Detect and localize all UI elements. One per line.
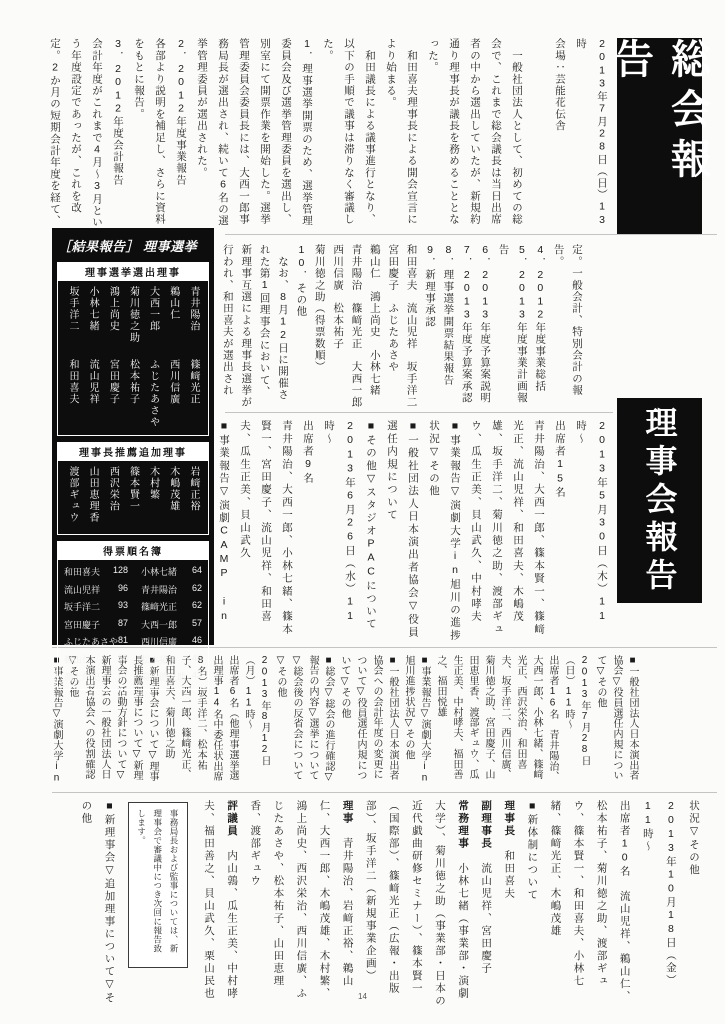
vote-name: 流山児祥: [64, 583, 100, 596]
member-name: 鴻上尚史: [105, 286, 120, 332]
vote-name: ふじたあさや: [64, 635, 118, 648]
vote-row: 松本祐子46: [138, 653, 205, 666]
vote-count-table-title: 得票順名簿: [58, 542, 208, 560]
vote-row: 小林七緒64: [138, 565, 205, 578]
vote-name: 松本祐子: [141, 653, 177, 666]
section-divider: [52, 792, 717, 793]
text-line: 菊川徳之助（得票数順）: [310, 244, 328, 408]
text-line: 出席者9名: [297, 420, 318, 642]
text-line: ■新体制について: [520, 800, 543, 1012]
member-name: 鵜山仁: [166, 286, 181, 321]
vote-count: 46: [192, 635, 202, 648]
general-meeting-report-title: 総会報告: [603, 38, 717, 234]
text-line: 和田喜夫 流山児祥 坂手洋二: [402, 244, 420, 408]
text-line: 出席者15名: [549, 420, 570, 642]
text-line: 5．2013年度事業計画報告: [494, 244, 531, 408]
text-line: 青井陽治、大西一郎、小林七緒、篠本賢一、宮田慶子、流山児祥、和田喜夫、瓜生正美、…: [234, 420, 297, 642]
text-line: 6．2013年度予算案説明: [476, 244, 494, 408]
vote-count-column-left: 和田喜夫128流山児祥96坂手洋二93宮田慶子87ふじたあさや81鵜山仁68鴻上…: [61, 565, 131, 688]
text-line: 出席者16名 青井陽治、大西一郎、小林七緒、篠﨑光正、西沢栄治、和田喜夫、坂手洋…: [432, 655, 560, 787]
labeled-text-line: 常務理事 小林七緒（事業部・演劇大学）、菊川徳之助（事業部・日本の近代戯曲研修セ…: [359, 800, 474, 1012]
text-line: 2．2012年度事業報告: [170, 38, 191, 234]
role-label: 理事: [342, 800, 354, 825]
elected-directors-row-1: 青井陽治鵜山仁大西一郎菊川徳之助鴻上尚史小林七緒坂手洋二: [58, 281, 208, 354]
elected-directors-table-title: 理事選挙選出理事: [58, 263, 208, 281]
text-line: 8．理事選挙開票結果報告: [439, 244, 457, 408]
member-name: 西沢栄治: [105, 466, 120, 512]
role-label: 理事長: [503, 800, 515, 838]
text-line: ■一般社団法人日本演出者協会への会計年度の変更について▽役員選任内規について▽そ…: [336, 655, 400, 787]
role-label: 常務理事: [457, 800, 469, 850]
general-meeting-agenda-band: 定。一般会計、特別会計の報告。4．2012年度事業総括5．2013年度事業計画報…: [218, 244, 586, 408]
text-line: 4．2012年度事業総括: [531, 244, 549, 408]
text-line: 7．2013年度予算案承認: [457, 244, 475, 408]
text-line: 2013年7月28日（日）11時〜: [560, 655, 592, 787]
text-line: 西川信廣 松本祐子: [329, 244, 347, 408]
member-name: 小林七緒: [85, 286, 100, 332]
meeting-venue: 会場：芸能花伝舎: [549, 38, 570, 234]
member-name: 大西一郎: [146, 286, 161, 332]
vote-count: 128: [113, 565, 128, 578]
vote-row: 菊川徳之助42: [138, 670, 205, 683]
member-name: 宮田慶子: [105, 359, 120, 405]
vote-row: 和田喜夫128: [61, 565, 131, 578]
text-line: ■一般社団法人日本演出者協会▽役員選任内規について: [381, 420, 423, 642]
vote-count: 68: [118, 653, 128, 666]
vote-row: 鵜山仁68: [61, 653, 131, 666]
text-line: ■事業報告▽演劇大学in旭川進捗状況▽その他: [400, 655, 432, 787]
vote-name: 和田喜夫: [64, 565, 100, 578]
section-divider: [225, 234, 717, 235]
board-meeting-report-title: 理事会報告: [637, 406, 683, 596]
member-name: ふじたあさや: [146, 359, 161, 428]
text-line: 定。一般会計、特別会計の報告。: [549, 244, 586, 408]
vote-count: 57: [192, 618, 202, 631]
election-results-box: ［結果報告］ 理事選挙 理事選挙選出理事 青井陽治鵜山仁大西一郎菊川徳之助鴻上尚…: [52, 228, 214, 645]
vote-row: 篠﨑光正62: [138, 600, 205, 613]
appointed-directors-table-title: 理事長推薦追加理事: [58, 443, 208, 461]
board-meetings-band-3: 状況▽その他2013年10月18日（金）11時〜出席者10名 流山児祥、鵜山仁、…: [50, 800, 705, 1012]
vote-name: 菊川徳之助: [141, 670, 186, 683]
appointed-directors-row: 岩﨑正裕木嶋茂雄木村繁篠本賢一西沢栄治山田恵理香渡部ギュウ: [58, 461, 208, 534]
page-number: 14: [0, 992, 725, 1001]
text-line: 青井陽治 篠﨑光正 大西一郎: [347, 244, 365, 408]
text-line: 宮田慶子 ふじたあさや: [384, 244, 402, 408]
member-name: 西川信廣: [166, 359, 181, 405]
vote-count: 87: [118, 618, 128, 631]
elected-directors-row-2: 篠﨑光正西川信廣ふじたあさや松本祐子宮田慶子流山児祥和田喜夫: [58, 354, 208, 435]
role-label: 副理事長: [480, 800, 492, 850]
text-line: 一般社団法人として、初めての総会で、これまで総会議長は当日出席者の中から選出して…: [422, 38, 527, 234]
note-box: 事務局長および監事については、新理事会で審議中につき次回に報告致します。: [128, 802, 188, 968]
text-line: 10．その他: [292, 244, 310, 408]
text-line: 2013年6月26日（水）11時〜: [318, 420, 360, 642]
vote-name: 坂手洋二: [64, 600, 100, 613]
member-name: 木村繁: [146, 466, 161, 501]
text-line: 状況▽その他: [682, 800, 705, 1012]
text-line: ■新理事会▽追加理事について▽その他: [74, 800, 120, 1012]
text-line: ■その他▽スタジオPACについて: [360, 420, 381, 642]
vote-count: 64: [192, 565, 202, 578]
vote-row: 西川信廣46: [138, 635, 205, 648]
meeting-datetime: 2013年7月28日（日）13時: [570, 38, 612, 234]
labeled-text-line: 評議員 内山鶉、瓜生正美、中村哮夫、福田善之、貝山武久、栗山民也: [197, 800, 243, 1012]
text-line: 出席者10名 流山児祥、鵜山仁、松本祐子、菊川徳之助、渡部ギュウ、篠本賢一、和田…: [543, 800, 635, 1012]
elected-directors-table: 理事選挙選出理事 青井陽治鵜山仁大西一郎菊川徳之助鴻上尚史小林七緒坂手洋二 篠﨑…: [57, 262, 209, 436]
member-name: 木嶋茂雄: [166, 466, 181, 512]
board-meeting-report-title-bar: 理事会報告: [617, 398, 702, 603]
general-meeting-report-title-bar: 総会報告: [617, 38, 702, 234]
vote-name: 篠﨑光正: [141, 600, 177, 613]
vote-count-columns: 和田喜夫128流山児祥96坂手洋二93宮田慶子87ふじたあさや81鵜山仁68鴻上…: [58, 560, 208, 689]
member-name: 松本祐子: [125, 359, 140, 405]
general-meeting-intro-band: 2013年7月28日（日）13時 会場：芸能花伝舎 一般社団法人として、初めての…: [50, 38, 612, 234]
text-line: ■事業報告▽演劇大学in旭川の進捗状況▽その他: [423, 420, 465, 642]
text-line: 2013年10月18日（金）11時〜: [636, 800, 682, 1012]
member-name: 岩﨑正裕: [186, 466, 201, 512]
text-line: 鵜山仁 鴻上尚史 小林七緒: [366, 244, 384, 408]
member-name: 篠本賢一: [125, 466, 140, 512]
text-line: 各部より説明を補足し、さらに資料をもとに報告。: [128, 38, 170, 234]
vote-name: 大西一郎: [141, 618, 177, 631]
text-line: 会計年度がこれまで4月〜3月という年度設定であったが、これを改定。2か月の短期会…: [50, 38, 107, 234]
text-line: 3．2012年度会計報告: [107, 38, 128, 234]
member-name: 山田恵理香: [85, 466, 100, 524]
vote-count-table: 得票順名簿 和田喜夫128流山児祥96坂手洋二93宮田慶子87ふじたあさや81鵜…: [57, 541, 209, 690]
text-line: 和田議長による議事進行となり、以下の手順で議事は滞りなく審議した。: [317, 38, 380, 234]
vote-row: 宮田慶子87: [61, 618, 131, 631]
vote-count: 96: [118, 583, 128, 596]
text-line: 9．新理事承認: [421, 244, 439, 408]
vote-count: 42: [192, 670, 202, 683]
vote-name: 小林七緒: [141, 565, 177, 578]
appointed-directors-table: 理事長推薦追加理事 岩﨑正裕木嶋茂雄木村繁篠本賢一西沢栄治山田恵理香渡部ギュウ: [57, 442, 209, 535]
vote-count: 67: [118, 670, 128, 683]
labeled-text-line: 副理事長 流山児祥、宮田慶子: [474, 800, 497, 1012]
member-name: 篠﨑光正: [186, 359, 201, 405]
role-label: 評議員: [226, 800, 238, 838]
vote-name: 宮田慶子: [64, 618, 100, 631]
text-line: 青井陽治、大西一郎、篠本賢一、篠﨑光正、流山児祥、和田喜夫、木嶋茂雄、坂手洋二、…: [465, 420, 549, 642]
text-line: 2013年8月12日（月）11時〜: [240, 655, 272, 787]
board-meetings-band-1: 2013年5月30日（木）11時〜出席者15名青井陽治、大西一郎、篠本賢一、篠﨑…: [218, 420, 612, 642]
vote-count: 46: [192, 653, 202, 666]
vote-name: 鴻上尚史: [64, 670, 100, 683]
labeled-text-line: 理事長 和田喜夫: [497, 800, 520, 1012]
labeled-text-line: 理事 青井陽治、岩﨑正裕、鵜山仁、大西一郎、木嶋茂雄、木村繁、鴻上尚史、西沢栄治…: [243, 800, 358, 1012]
vote-row: ふじたあさや81: [61, 635, 131, 648]
vote-row: 坂手洋二93: [61, 600, 131, 613]
vote-count: 81: [118, 635, 128, 648]
vote-name: 青井陽治: [141, 583, 177, 596]
general-meeting-opening-paragraphs: 一般社団法人として、初めての総会で、これまで総会議長は当日出席者の中から選出して…: [50, 38, 527, 234]
vote-name: 西川信廣: [141, 635, 177, 648]
text-line: 1．理事選挙開票のため、選挙管理委員会及び選挙管理委員を選出し、別室にて開票作業…: [191, 38, 317, 234]
member-name: 流山児祥: [85, 359, 100, 405]
election-results-header: ［結果報告］ 理事選挙: [57, 230, 209, 262]
vote-count-column-right: 小林七緒64青井陽治62篠﨑光正62大西一郎57西川信廣46松本祐子46菊川徳之…: [138, 565, 205, 688]
text-line: ■事業報告▽演劇CAMP in 中津川の進捗状況▽その他: [218, 420, 234, 642]
section-divider: [225, 412, 613, 413]
vote-row: 鴻上尚史67: [61, 670, 131, 683]
vote-row: 青井陽治62: [138, 583, 205, 596]
text-line: 和田喜夫理事長による開会宣言により始まる。: [380, 38, 422, 234]
vote-count: 62: [192, 583, 202, 596]
vote-name: 鵜山仁: [64, 653, 91, 666]
vote-count: 62: [192, 600, 202, 613]
member-name: 坂手洋二: [65, 286, 80, 332]
text-line: ■一般社団法人日本演出者協会▽役員選任内規について▽その他: [592, 655, 640, 787]
text-line: なお、8月12日に開催された第1回理事会において、新理事互選による理事長選挙が行…: [218, 244, 292, 408]
member-name: 青井陽治: [186, 286, 201, 332]
member-name: 渡部ギュウ: [65, 466, 80, 524]
vote-row: 流山児祥96: [61, 583, 131, 596]
member-name: 菊川徳之助: [125, 286, 140, 344]
member-name: 和田喜夫: [65, 359, 80, 405]
vote-count: 93: [118, 600, 128, 613]
vote-row: 大西一郎57: [138, 618, 205, 631]
text-line: ■総会▽総会の進行確認▽報告の内容▽選挙について▽総会後の反省会について▽その他: [272, 655, 336, 787]
text-line: 2013年5月30日（木）11時〜: [570, 420, 612, 642]
